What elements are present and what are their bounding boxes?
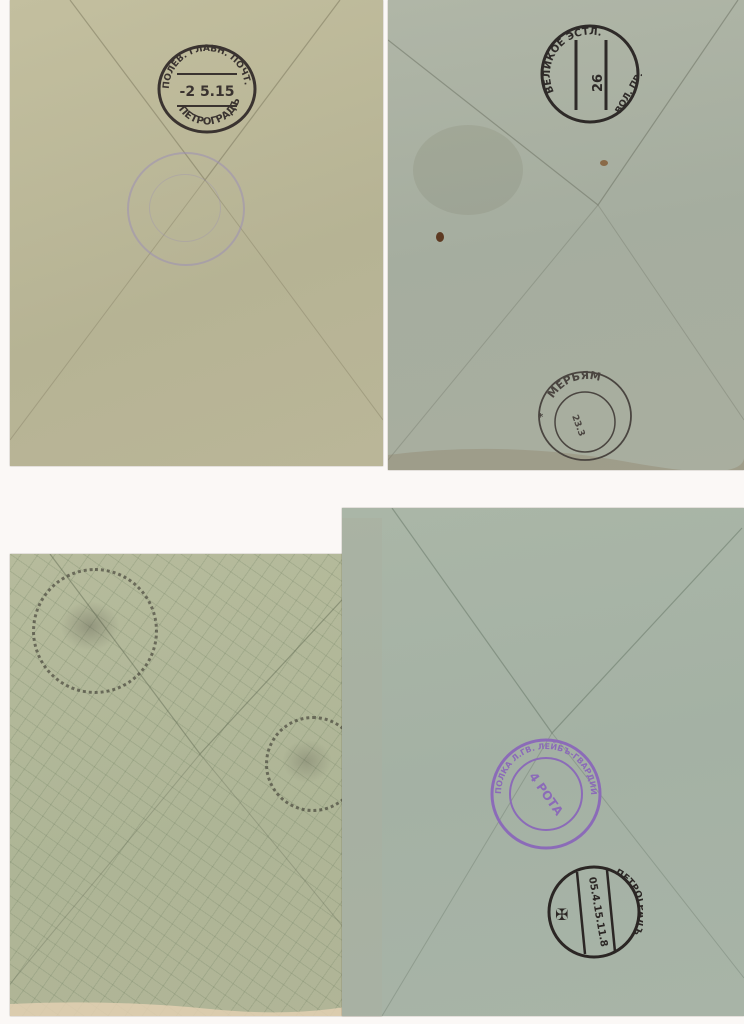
svg-text:-2 5.15: -2 5.15: [180, 84, 235, 100]
svg-text:ВОЛ. ПР.: ВОЛ. ПР.: [614, 71, 642, 116]
unit-seal-4-rota: ПОЛКА Л.ГВ. ЛЕЙБЪ-ГВАРДИИ 4 РОТА: [487, 736, 605, 852]
envelope-bottom-left: [10, 554, 382, 1016]
envelope-bottom-right: ПОЛКА Л.ГВ. ЛЕЙБЪ-ГВАРДИИ 4 РОТА ПЕТРОГР…: [342, 508, 744, 1016]
faint-circular-seal: [127, 152, 245, 266]
envelope-top-left: ПОЛЕВ. ГЛАВН. ПОЧТ. КОНТ. ПЕТРОГРАДЪ -2 …: [10, 0, 383, 466]
postmark-petrograd: ПОЛЕВ. ГЛАВН. ПОЧТ. КОНТ. ПЕТРОГРАДЪ -2 …: [155, 42, 259, 136]
envelope-top-right: ВЕЛИКОЕ ЭСТЛ. 26 ВОЛ. ПР. МЕРЬЯМ 23.3 *: [388, 0, 744, 470]
svg-text:*: *: [538, 412, 544, 423]
postmark-meryam: МЕРЬЯМ 23.3 *: [534, 368, 636, 462]
postmark-petrograd-2: ПЕТРОГРАДЪ 05.4.15.11.8 ✠: [545, 864, 643, 960]
svg-text:05.4.15.11.8: 05.4.15.11.8: [586, 876, 609, 948]
smudged-postmark: [32, 568, 158, 694]
svg-text:✠: ✠: [555, 905, 568, 924]
stain: [600, 160, 608, 166]
svg-text:4 РОТА: 4 РОТА: [526, 770, 566, 819]
svg-text:23.3: 23.3: [569, 414, 586, 438]
svg-text:ПЕТРОГРАДЪ: ПЕТРОГРАДЪ: [176, 96, 243, 127]
svg-text:ПЕТРОГРАДЪ: ПЕТРОГРАДЪ: [614, 868, 643, 937]
postmark-estl: ВЕЛИКОЕ ЭСТЛ. 26 ВОЛ. ПР.: [538, 22, 642, 126]
svg-text:26: 26: [591, 74, 606, 92]
stain: [436, 232, 444, 242]
svg-text:ПОЛЕВ. ГЛАВН. ПОЧТ. КОНТ.: ПОЛЕВ. ГЛАВН. ПОЧТ. КОНТ.: [155, 42, 252, 89]
